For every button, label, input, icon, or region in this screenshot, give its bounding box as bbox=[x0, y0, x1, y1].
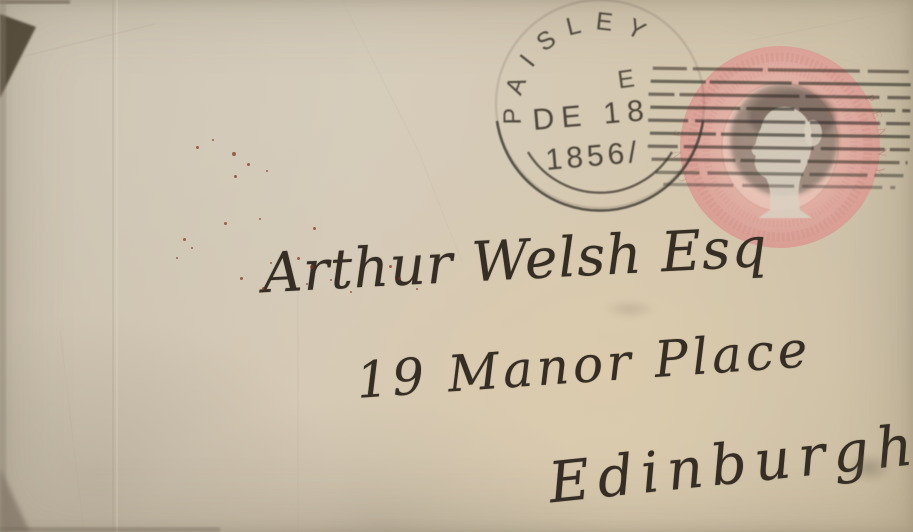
envelope-photo: PENNY ONE bbox=[0, 0, 913, 532]
photo-corners bbox=[0, 0, 220, 532]
ink-smudge bbox=[838, 448, 900, 488]
postmark-date: DE 18 bbox=[531, 94, 652, 137]
postmark: PAISLEY E DE 18 1856/ bbox=[496, 0, 704, 211]
postmark-index-letter: E bbox=[616, 64, 636, 94]
postal-markings-layer: PENNY ONE bbox=[0, 0, 913, 532]
faint-smudge bbox=[595, 296, 665, 322]
postmark-year: 1856/ bbox=[544, 136, 642, 177]
